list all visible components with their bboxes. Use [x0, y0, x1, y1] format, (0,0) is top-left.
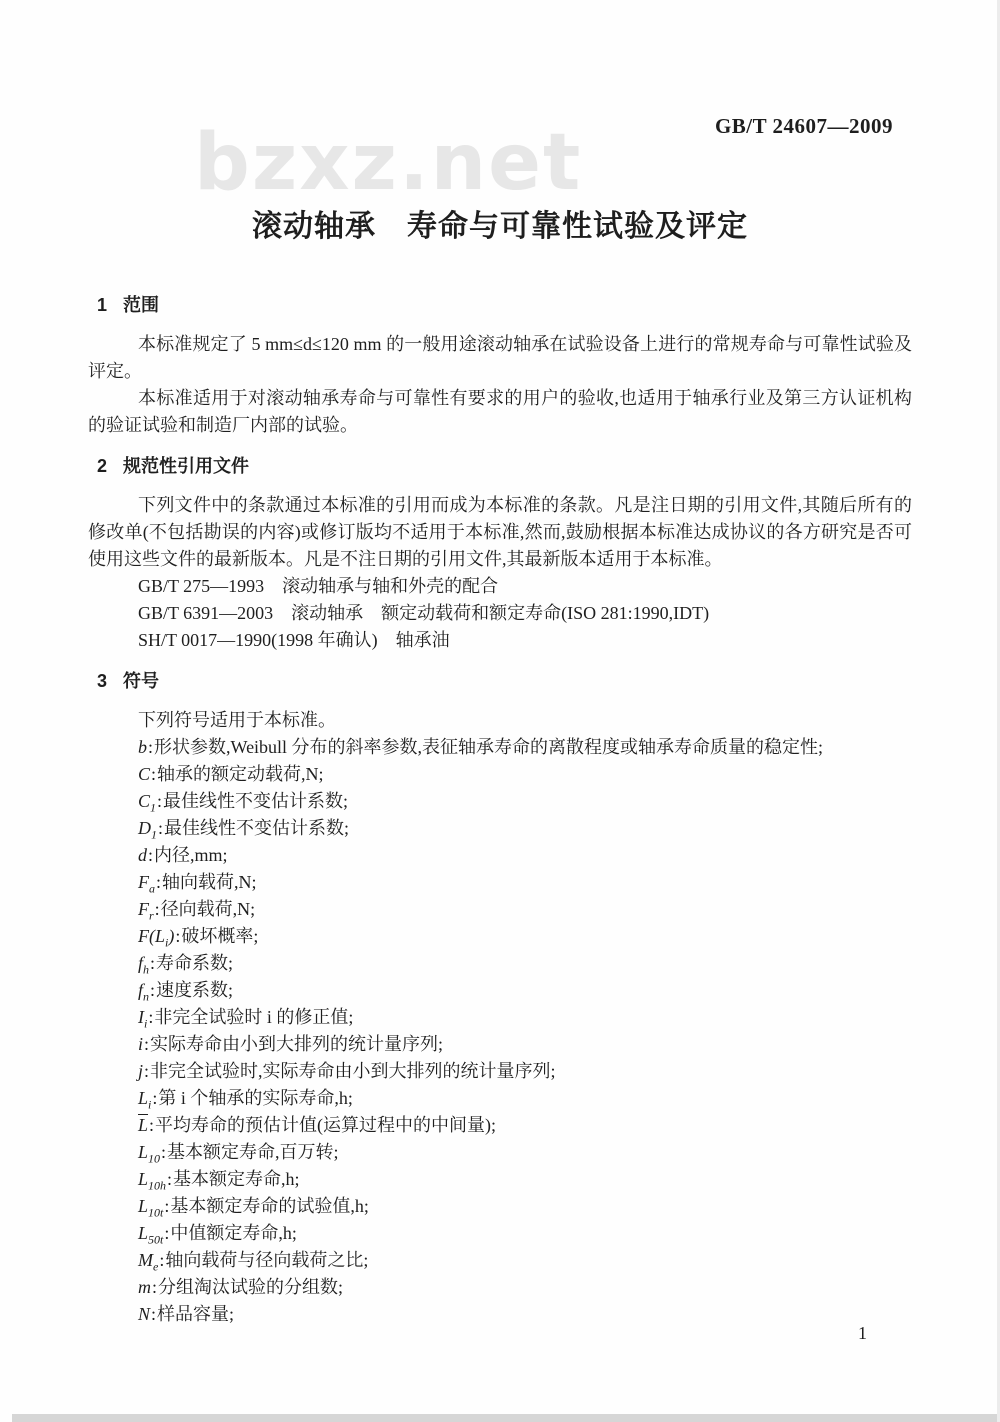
document-body: 1范围 本标准规定了 5 mm≤d≤120 mm 的一般用途滚动轴承在试验设备上…	[88, 292, 912, 1328]
symbol-description: 轴向载荷与径向载荷之比;	[165, 1250, 368, 1270]
symbol-letter: C	[138, 764, 151, 784]
reference-item: GB/T 6391—2003 滚动轴承 额定动载荷和额定寿命(ISO 281:1…	[88, 600, 912, 627]
symbol-description: 中值额定寿命,h;	[170, 1223, 297, 1243]
symbol-description: 基本额定寿命,h;	[173, 1169, 300, 1189]
symbol-row: m:分组淘汰试验的分组数;	[88, 1274, 912, 1301]
symbol-description: 轴向载荷,N;	[162, 872, 257, 892]
symbol-row: N:样品容量;	[88, 1301, 912, 1328]
symbol-description: 径向载荷,N;	[161, 899, 256, 919]
symbol-description: 实际寿命由小到大排列的统计量序列;	[150, 1034, 443, 1054]
symbol-row: L10:基本额定寿命,百万转;	[88, 1139, 912, 1166]
symbol-letter: L10	[138, 1142, 161, 1162]
symbols-list: b:形状参数,Weibull 分布的斜率参数,表征轴承寿命的离散程度或轴承寿命质…	[88, 734, 912, 1328]
symbol-row: Fa:轴向载荷,N;	[88, 869, 912, 896]
symbol-description: 非完全试验时,实际寿命由小到大排列的统计量序列;	[150, 1061, 556, 1081]
symbol-row: j:非完全试验时,实际寿命由小到大排列的统计量序列;	[88, 1058, 912, 1085]
section-heading-scope: 1范围	[88, 292, 912, 319]
symbol-row: C:轴承的额定动载荷,N;	[88, 761, 912, 788]
scope-paragraphs: 本标准规定了 5 mm≤d≤120 mm 的一般用途滚动轴承在试验设备上进行的常…	[88, 331, 912, 439]
paragraph: 本标准适用于对滚动轴承寿命与可靠性有要求的用户的验收,也适用于轴承行业及第三方认…	[88, 385, 912, 439]
symbol-description: 基本额定寿命,百万转;	[167, 1142, 339, 1162]
symbol-description: 非完全试验时 i 的修正值;	[154, 1007, 353, 1027]
symbol-row: fh:寿命系数;	[88, 950, 912, 977]
section-number: 1	[97, 295, 107, 315]
section-label: 符号	[123, 671, 159, 691]
section-label: 规范性引用文件	[123, 456, 249, 476]
symbol-letter: L	[138, 1115, 149, 1135]
symbol-letter: Li	[138, 1088, 152, 1108]
symbol-row: fn:速度系数;	[88, 977, 912, 1004]
symbol-letter: F(Li)	[138, 926, 175, 946]
scan-edge-bottom	[12, 1414, 1000, 1422]
symbol-row: d:内径,mm;	[88, 842, 912, 869]
document-page: bzxz.net GB/T 24607—2009 滚动轴承 寿命与可靠性试验及评…	[0, 0, 1000, 1422]
symbol-letter: Fr	[138, 899, 155, 919]
symbol-row: L:平均寿命的预估计值(运算过程中的中间量);	[88, 1112, 912, 1139]
symbol-letter: N	[138, 1304, 151, 1324]
symbol-description: 轴承的额定动载荷,N;	[157, 764, 324, 784]
symbol-description: 形状参数,Weibull 分布的斜率参数,表征轴承寿命的离散程度或轴承寿命质量的…	[154, 737, 823, 757]
reference-list: GB/T 275—1993 滚动轴承与轴和外壳的配合GB/T 6391—2003…	[88, 573, 912, 654]
page-number: 1	[858, 1323, 867, 1344]
symbol-row: i:实际寿命由小到大排列的统计量序列;	[88, 1031, 912, 1058]
section-heading-symbols: 3符号	[88, 668, 912, 695]
symbol-row: F(Li):破坏概率;	[88, 923, 912, 950]
symbol-letter: fn	[138, 980, 150, 1000]
symbol-row: Me:轴向载荷与径向载荷之比;	[88, 1247, 912, 1274]
symbol-row: b:形状参数,Weibull 分布的斜率参数,表征轴承寿命的离散程度或轴承寿命质…	[88, 734, 912, 761]
references-intro: 下列文件中的条款通过本标准的引用而成为本标准的条款。凡是注日期的引用文件,其随后…	[88, 492, 912, 573]
symbol-letter: L10t	[138, 1196, 164, 1216]
section-number: 2	[97, 456, 107, 476]
symbol-description: 最佳线性不变估计系数;	[163, 791, 348, 811]
symbol-description: 基本额定寿命的试验值,h;	[170, 1196, 369, 1216]
symbol-row: D1:最佳线性不变估计系数;	[88, 815, 912, 842]
symbol-description: 破坏概率;	[181, 926, 258, 946]
symbol-description: 寿命系数;	[156, 953, 233, 973]
symbol-letter: b	[138, 737, 148, 757]
section-label: 范围	[123, 295, 159, 315]
symbol-letter: fh	[138, 953, 150, 973]
symbol-letter: d	[138, 845, 148, 865]
symbol-letter: Fa	[138, 872, 156, 892]
symbol-description: 分组淘汰试验的分组数;	[158, 1277, 343, 1297]
symbol-description: 内径,mm;	[154, 845, 228, 865]
symbol-letter: D1	[138, 818, 158, 838]
symbol-description: 第 i 个轴承的实际寿命,h;	[158, 1088, 353, 1108]
symbol-row: L10t:基本额定寿命的试验值,h;	[88, 1193, 912, 1220]
standard-code: GB/T 24607—2009	[0, 114, 893, 139]
document-title: 滚动轴承 寿命与可靠性试验及评定	[0, 201, 1000, 245]
symbol-row: L10h:基本额定寿命,h;	[88, 1166, 912, 1193]
paragraph: 本标准规定了 5 mm≤d≤120 mm 的一般用途滚动轴承在试验设备上进行的常…	[88, 331, 912, 385]
symbol-letter: C1	[138, 791, 157, 811]
symbol-row: C1:最佳线性不变估计系数;	[88, 788, 912, 815]
symbol-letter: m	[138, 1277, 152, 1297]
symbol-row: L50t:中值额定寿命,h;	[88, 1220, 912, 1247]
symbol-letter: L50t	[138, 1223, 164, 1243]
symbol-letter: Me	[138, 1250, 159, 1270]
symbol-description: 样品容量;	[157, 1304, 234, 1324]
symbol-letter: L10h	[138, 1169, 167, 1189]
symbol-row: Fr:径向载荷,N;	[88, 896, 912, 923]
section-number: 3	[97, 671, 107, 691]
symbols-intro: 下列符号适用于本标准。	[88, 707, 912, 734]
symbol-row: Li:第 i 个轴承的实际寿命,h;	[88, 1085, 912, 1112]
reference-item: SH/T 0017—1990(1998 年确认) 轴承油	[88, 627, 912, 654]
reference-item: GB/T 275—1993 滚动轴承与轴和外壳的配合	[88, 573, 912, 600]
symbol-description: 速度系数;	[156, 980, 233, 1000]
symbol-letter: Ii	[138, 1007, 148, 1027]
symbol-description: 平均寿命的预估计值(运算过程中的中间量);	[155, 1115, 496, 1135]
symbol-row: Ii:非完全试验时 i 的修正值;	[88, 1004, 912, 1031]
symbol-description: 最佳线性不变估计系数;	[164, 818, 349, 838]
section-heading-references: 2规范性引用文件	[88, 453, 912, 480]
